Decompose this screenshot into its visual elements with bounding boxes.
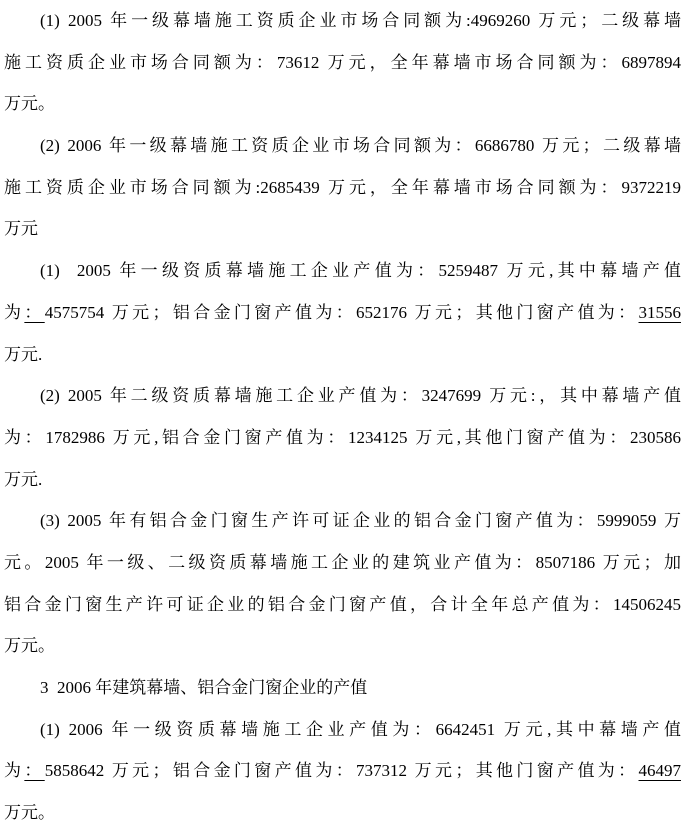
paragraph: (2) 2005 年二级资质幕墙施工企业产值为：3247699 万元:，其中幕墙… [4,375,681,500]
text-line: (2) 2005 年二级资质幕墙施工企业产值为：3247699 万元:，其中幕墙… [4,375,681,417]
text-segment: 为：1782986 万元,铝合金门窗产值为：1234125 万元,其他门窗产值为… [4,428,681,447]
text-segment: 铝合金门窗生产许可证企业的铝合金门窗产值，合计全年总产值为：14506245 [4,595,681,614]
text-line: 为：4575754 万元；铝合金门窗产值为：652176 万元；其他门窗产值为：… [4,292,681,334]
text-line: 元。2005 年一级、二级资质幕墙施工企业的建筑业产值为：8507186 万元；… [4,542,681,584]
text-segment: 4575754 万元；铝合金门窗产值为：652176 万元；其他门窗产值为： [45,303,639,322]
paragraph: (1) 2005 年一级幕墙施工资质企业市场合同额为:4969260 万元；二级… [4,0,681,125]
text-line: 3 2006 年建筑幕墙、铝合金门窗企业的产值 [4,667,681,709]
text-segment: (1) 2005 年一级幕墙施工资质企业市场合同额为:4969260 万元；二级… [40,11,681,30]
text-line: (3) 2005 年有铝合金门窗生产许可证企业的铝合金门窗产值为：5999059… [4,500,681,542]
text-line: 铝合金门窗生产许可证企业的铝合金门窗产值，合计全年总产值为：14506245 [4,584,681,626]
text-line: (1) 2006 年一级资质幕墙施工企业产值为：6642451 万元,其中幕墙产… [4,709,681,751]
text-line: 万元. [4,334,681,376]
doc-content: (1) 2005 年一级幕墙施工资质企业市场合同额为:4969260 万元；二级… [4,0,681,834]
text-segment: 万元. [4,345,42,364]
text-segment: 万元。 [4,803,55,822]
text-segment: 万元. [4,470,42,489]
text-line: 为：1782986 万元,铝合金门窗产值为：1234125 万元,其他门窗产值为… [4,417,681,459]
text-segment: 3 2006 年建筑幕墙、铝合金门窗企业的产值 [40,678,367,697]
document-page: (1) 2005 年一级幕墙施工资质企业市场合同额为:4969260 万元；二级… [0,0,685,834]
text-line: 万元 [4,208,681,250]
underlined-text: ： [24,303,44,322]
underlined-text: 46497 [639,761,681,780]
text-segment: 为 [4,303,24,322]
text-line: (1) 2005 年一级幕墙施工资质企业市场合同额为:4969260 万元；二级… [4,0,681,42]
text-segment: (1) 2005 年一级资质幕墙施工企业产值为：5259487 万元,其中幕墙产… [40,261,681,280]
text-segment: (1) 2006 年一级资质幕墙施工企业产值为：6642451 万元,其中幕墙产… [40,720,681,739]
text-line: 为：5858642 万元；铝合金门窗产值为：737312 万元；其他门窗产值为：… [4,750,681,792]
text-line: 万元。 [4,625,681,667]
text-segment: 万元。 [4,636,55,655]
text-line: 万元。 [4,83,681,125]
text-line: 万元。 [4,792,681,834]
text-segment: 为 [4,761,24,780]
text-segment: 5858642 万元；铝合金门窗产值为：737312 万元；其他门窗产值为： [45,761,639,780]
text-segment: 施工资质企业市场合同额为:2685439 万元，全年幕墙市场合同额为：93722… [4,178,681,197]
paragraph: (2) 2006 年一级幕墙施工资质企业市场合同额为：6686780 万元；二级… [4,125,681,250]
paragraph: 3 2006 年建筑幕墙、铝合金门窗企业的产值 [4,667,681,709]
text-segment: (3) 2005 年有铝合金门窗生产许可证企业的铝合金门窗产值为：5999059… [40,511,681,530]
underlined-text: 31556 [639,303,681,322]
text-segment: 万元 [4,219,38,238]
text-line: 万元. [4,459,681,501]
text-line: (1) 2005 年一级资质幕墙施工企业产值为：5259487 万元,其中幕墙产… [4,250,681,292]
underlined-text: ： [24,761,44,780]
paragraph: (1) 2005 年一级资质幕墙施工企业产值为：5259487 万元,其中幕墙产… [4,250,681,375]
paragraph: (3) 2005 年有铝合金门窗生产许可证企业的铝合金门窗产值为：5999059… [4,500,681,667]
text-segment: 施工资质企业市场合同额为：73612 万元，全年幕墙市场合同额为：6897894 [4,53,681,72]
paragraph: (1) 2006 年一级资质幕墙施工企业产值为：6642451 万元,其中幕墙产… [4,709,681,834]
text-segment: 万元。 [4,94,55,113]
text-line: 施工资质企业市场合同额为：73612 万元，全年幕墙市场合同额为：6897894 [4,42,681,84]
text-segment: (2) 2005 年二级资质幕墙施工企业产值为：3247699 万元:，其中幕墙… [40,386,681,405]
text-line: 施工资质企业市场合同额为:2685439 万元，全年幕墙市场合同额为：93722… [4,167,681,209]
text-line: (2) 2006 年一级幕墙施工资质企业市场合同额为：6686780 万元；二级… [4,125,681,167]
text-segment: (2) 2006 年一级幕墙施工资质企业市场合同额为：6686780 万元；二级… [40,136,681,155]
text-segment: 元。2005 年一级、二级资质幕墙施工企业的建筑业产值为：8507186 万元；… [4,553,681,572]
